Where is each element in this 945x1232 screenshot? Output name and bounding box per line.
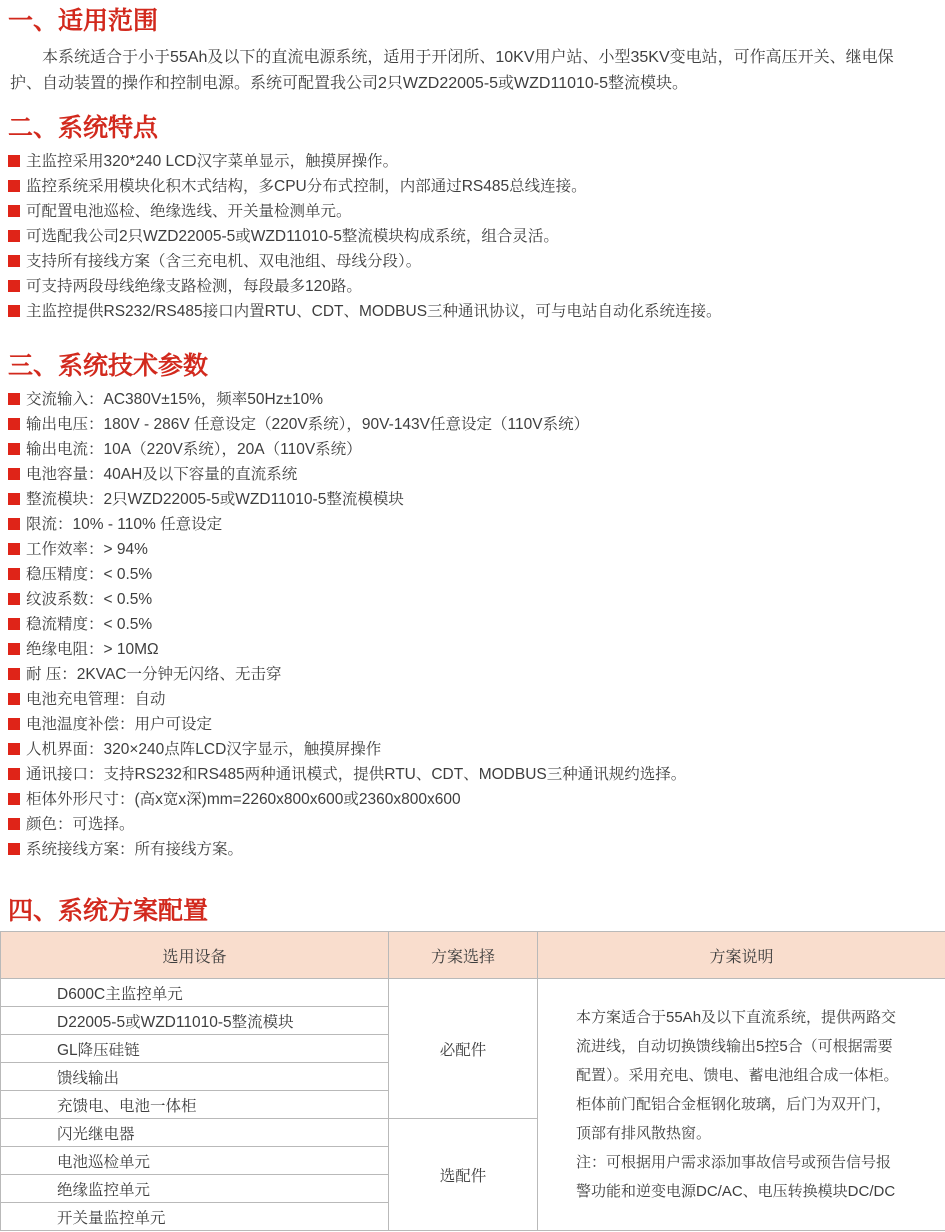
bullet-square-icon bbox=[8, 443, 20, 455]
spec-text: 输出电流：10A（220V系统），20A（110V系统） bbox=[26, 441, 362, 458]
col-header-plan-choice: 方案选择 bbox=[389, 932, 538, 979]
bullet-square-icon bbox=[8, 418, 20, 430]
spec-item: 系统接线方案：所有接线方案。 bbox=[8, 841, 945, 858]
bullet-square-icon bbox=[8, 393, 20, 405]
desc-note: 注：可根据用户需求添加事故信号或预告信号报警功能和逆变电源DC/AC、电压转换模… bbox=[576, 1148, 903, 1206]
spec-text: 稳压精度：< 0.5% bbox=[26, 566, 152, 583]
spec-item: 通讯接口：支持RS232和RS485两种通讯模式，提供RTU、CDT、MODBU… bbox=[8, 766, 945, 783]
section-title-scope: 一、适用范围 bbox=[8, 6, 945, 36]
spec-text: 人机界面：320×240点阵LCD汉字显示，触摸屏操作 bbox=[26, 741, 381, 758]
bullet-square-icon bbox=[8, 618, 20, 630]
bullet-square-icon bbox=[8, 518, 20, 530]
bullet-square-icon bbox=[8, 305, 20, 317]
spec-item: 绝缘电阻：> 10MΩ bbox=[8, 641, 945, 658]
feature-text: 监控系统采用模块化积木式结构，多CPU分布式控制，内部通过RS485总线连接。 bbox=[26, 178, 587, 195]
spec-item: 电池充电管理：自动 bbox=[8, 691, 945, 708]
spec-text: 纹波系数：< 0.5% bbox=[26, 591, 152, 608]
spec-text: 耐 压：2KVAC一分钟无闪络、无击穿 bbox=[26, 666, 282, 683]
feature-text: 可配置电池巡检、绝缘选线、开关量检测单元。 bbox=[26, 203, 352, 220]
section-title-config: 四、系统方案配置 bbox=[8, 896, 945, 926]
plan-description: 本方案适合于55Ah及以下直流系统，提供两路交流进线，自动切换馈线输出5控5合（… bbox=[538, 979, 945, 1231]
feature-item: 可支持两段母线绝缘支路检测，每段最多120路。 bbox=[8, 278, 945, 295]
spec-text: 电池容量：40AH及以下容量的直流系统 bbox=[26, 466, 297, 483]
spec-text: 绝缘电阻：> 10MΩ bbox=[26, 641, 159, 658]
bullet-square-icon bbox=[8, 568, 20, 580]
spec-text: 柜体外形尺寸：(高x宽x深)mm=2260x800x600或2360x800x6… bbox=[26, 791, 461, 808]
bullet-square-icon bbox=[8, 205, 20, 217]
bullet-square-icon bbox=[8, 743, 20, 755]
device-cell: GL降压硅链 bbox=[1, 1035, 389, 1063]
spec-text: 系统接线方案：所有接线方案。 bbox=[26, 841, 243, 858]
device-cell: D22005-5或WZD11010-5整流模块 bbox=[1, 1007, 389, 1035]
features-list: 主监控采用320*240 LCD汉字菜单显示，触摸屏操作。 监控系统采用模块化积… bbox=[0, 153, 945, 320]
device-cell: 充馈电、电池一体柜 bbox=[1, 1091, 389, 1119]
feature-item: 支持所有接线方案（含三充电机、双电池组、母线分段）。 bbox=[8, 253, 945, 270]
spec-item: 纹波系数：< 0.5% bbox=[8, 591, 945, 608]
feature-text: 主监控采用320*240 LCD汉字菜单显示，触摸屏操作。 bbox=[26, 153, 398, 170]
bullet-square-icon bbox=[8, 818, 20, 830]
config-table: 选用设备 方案选择 方案说明 D600C主监控单元 必配件 本方案适合于55Ah… bbox=[0, 931, 945, 1231]
spec-item: 稳压精度：< 0.5% bbox=[8, 566, 945, 583]
section-title-specs: 三、系统技术参数 bbox=[8, 351, 945, 381]
choice-cell-optional: 选配件 bbox=[389, 1119, 538, 1231]
bullet-square-icon bbox=[8, 230, 20, 242]
bullet-square-icon bbox=[8, 843, 20, 855]
bullet-square-icon bbox=[8, 255, 20, 267]
spec-text: 交流输入：AC380V±15%，频率50Hz±10% bbox=[26, 391, 323, 408]
feature-item: 监控系统采用模块化积木式结构，多CPU分布式控制，内部通过RS485总线连接。 bbox=[8, 178, 945, 195]
spec-text: 电池充电管理：自动 bbox=[26, 691, 166, 708]
bullet-square-icon bbox=[8, 768, 20, 780]
bullet-square-icon bbox=[8, 468, 20, 480]
table-header-row: 选用设备 方案选择 方案说明 bbox=[1, 932, 945, 979]
scope-paragraph: 本系统适合于小于55Ah及以下的直流电源系统，适用于开闭所、10KV用户站、小型… bbox=[10, 45, 915, 96]
feature-item: 主监控提供RS232/RS485接口内置RTU、CDT、MODBUS三种通讯协议… bbox=[8, 303, 945, 320]
bullet-square-icon bbox=[8, 543, 20, 555]
spec-item: 颜色：可选择。 bbox=[8, 816, 945, 833]
spec-item: 电池温度补偿：用户可设定 bbox=[8, 716, 945, 733]
bullet-square-icon bbox=[8, 718, 20, 730]
spec-text: 电池温度补偿：用户可设定 bbox=[26, 716, 212, 733]
bullet-square-icon bbox=[8, 493, 20, 505]
device-cell: 开关量监控单元 bbox=[1, 1203, 389, 1231]
bullet-square-icon bbox=[8, 593, 20, 605]
spec-text: 稳流精度：< 0.5% bbox=[26, 616, 152, 633]
spec-item: 限流：10% - 110% 任意设定 bbox=[8, 516, 945, 533]
spec-item: 输出电压：180V - 286V 任意设定（220V系统），90V-143V任意… bbox=[8, 416, 945, 433]
device-cell: 馈线输出 bbox=[1, 1063, 389, 1091]
spec-text: 整流模块：2只WZD22005-5或WZD11010-5整流模模块 bbox=[26, 491, 404, 508]
spec-text: 输出电压：180V - 286V 任意设定（220V系统），90V-143V任意… bbox=[26, 416, 589, 433]
table-row: D600C主监控单元 必配件 本方案适合于55Ah及以下直流系统，提供两路交流进… bbox=[1, 979, 945, 1007]
device-cell: 电池巡检单元 bbox=[1, 1147, 389, 1175]
bullet-square-icon bbox=[8, 155, 20, 167]
feature-text: 可选配我公司2只WZD22005-5或WZD11010-5整流模块构成系统，组合… bbox=[26, 228, 559, 245]
spec-item: 电池容量：40AH及以下容量的直流系统 bbox=[8, 466, 945, 483]
spec-item: 工作效率：> 94% bbox=[8, 541, 945, 558]
feature-text: 支持所有接线方案（含三充电机、双电池组、母线分段）。 bbox=[26, 253, 421, 270]
spec-text: 工作效率：> 94% bbox=[26, 541, 148, 558]
spec-item: 人机界面：320×240点阵LCD汉字显示，触摸屏操作 bbox=[8, 741, 945, 758]
desc-paragraph: 本方案适合于55Ah及以下直流系统，提供两路交流进线，自动切换馈线输出5控5合（… bbox=[576, 1003, 903, 1148]
choice-cell-required: 必配件 bbox=[389, 979, 538, 1119]
col-header-device: 选用设备 bbox=[1, 932, 389, 979]
section-title-features: 二、系统特点 bbox=[8, 113, 945, 143]
feature-item: 可配置电池巡检、绝缘选线、开关量检测单元。 bbox=[8, 203, 945, 220]
device-cell: 绝缘监控单元 bbox=[1, 1175, 389, 1203]
spec-text: 通讯接口：支持RS232和RS485两种通讯模式，提供RTU、CDT、MODBU… bbox=[26, 766, 686, 783]
spec-text: 颜色：可选择。 bbox=[26, 816, 135, 833]
spec-item: 输出电流：10A（220V系统），20A（110V系统） bbox=[8, 441, 945, 458]
bullet-square-icon bbox=[8, 668, 20, 680]
bullet-square-icon bbox=[8, 693, 20, 705]
feature-item: 主监控采用320*240 LCD汉字菜单显示，触摸屏操作。 bbox=[8, 153, 945, 170]
device-cell: 闪光继电器 bbox=[1, 1119, 389, 1147]
spec-item: 交流输入：AC380V±15%，频率50Hz±10% bbox=[8, 391, 945, 408]
bullet-square-icon bbox=[8, 793, 20, 805]
spec-item: 柜体外形尺寸：(高x宽x深)mm=2260x800x600或2360x800x6… bbox=[8, 791, 945, 808]
feature-item: 可选配我公司2只WZD22005-5或WZD11010-5整流模块构成系统，组合… bbox=[8, 228, 945, 245]
spec-item: 稳流精度：< 0.5% bbox=[8, 616, 945, 633]
spec-item: 耐 压：2KVAC一分钟无闪络、无击穿 bbox=[8, 666, 945, 683]
spec-text: 限流：10% - 110% 任意设定 bbox=[26, 516, 222, 533]
feature-text: 主监控提供RS232/RS485接口内置RTU、CDT、MODBUS三种通讯协议… bbox=[26, 303, 722, 320]
feature-text: 可支持两段母线绝缘支路检测，每段最多120路。 bbox=[26, 278, 362, 295]
bullet-square-icon bbox=[8, 643, 20, 655]
bullet-square-icon bbox=[8, 180, 20, 192]
specs-list: 交流输入：AC380V±15%，频率50Hz±10% 输出电压：180V - 2… bbox=[0, 391, 945, 858]
device-cell: D600C主监控单元 bbox=[1, 979, 389, 1007]
bullet-square-icon bbox=[8, 280, 20, 292]
datasheet-page: 一、适用范围 本系统适合于小于55Ah及以下的直流电源系统，适用于开闭所、10K… bbox=[0, 0, 945, 1232]
spec-item: 整流模块：2只WZD22005-5或WZD11010-5整流模模块 bbox=[8, 491, 945, 508]
col-header-plan-desc: 方案说明 bbox=[538, 932, 945, 979]
